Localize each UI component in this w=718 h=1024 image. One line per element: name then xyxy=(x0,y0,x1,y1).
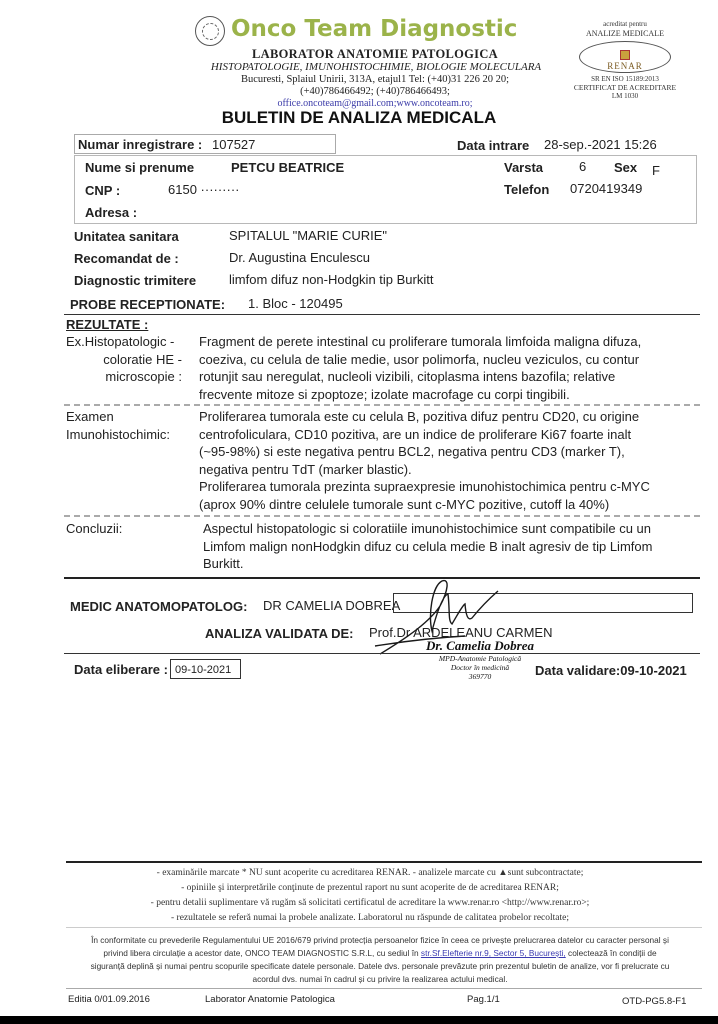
divider xyxy=(66,988,702,989)
department: Laborator Anatomie Patologica xyxy=(205,994,335,1005)
accreditation-line1: acreditat pentru xyxy=(565,20,685,28)
brand-name: Onco Team Diagnostic xyxy=(231,16,517,42)
patient-name-label: Nume si prenume xyxy=(85,160,194,175)
patient-name-value: PETCU BEATRICE xyxy=(231,160,344,175)
ihc-label: Examen Imunohistochimic: xyxy=(66,408,170,443)
accreditation-line2: ANALIZE MEDICALE xyxy=(565,29,685,38)
release-date-value: 09-10-2021 xyxy=(170,659,241,679)
document-title: BULETIN DE ANALIZA MEDICALA xyxy=(0,108,718,128)
unit-value: SPITALUL "MARIE CURIE" xyxy=(229,228,387,243)
validated-label: ANALIZA VALIDATA DE: xyxy=(205,626,354,641)
divider xyxy=(66,927,702,928)
address-line-2: (+40)786466492; (+40)786466493; xyxy=(195,86,555,98)
accreditation-standard: SR EN ISO 15189:2013 xyxy=(565,75,685,83)
entry-date-value: 28-sep.-2021 15:26 xyxy=(544,137,657,152)
pathologist-label: MEDIC ANATOMOPATOLOG: xyxy=(70,599,247,614)
address-label: Adresa : xyxy=(85,205,137,220)
dashed-divider xyxy=(64,515,700,517)
divider xyxy=(66,861,702,863)
dashed-divider xyxy=(64,404,700,406)
histopathology-label: Ex.Histopatologic - coloratie HE - micro… xyxy=(66,333,182,386)
release-date-label: Data eliberare : xyxy=(74,662,168,677)
conclusion-label: Concluzii: xyxy=(66,520,122,538)
accreditation-certificate: CERTIFICAT DE ACREDITARE xyxy=(565,83,685,92)
divider xyxy=(64,653,700,654)
address-link[interactable]: str.Sf.Elefterie nr.9, Sector 5, Bucureș… xyxy=(421,948,566,958)
cnp-label: CNP : xyxy=(85,183,120,198)
lab-address: Bucuresti, Splaiul Unirii, 313A, etajul1… xyxy=(195,74,555,98)
samples-label: PROBE RECEPTIONATE: xyxy=(70,297,225,312)
lab-logo-icon xyxy=(195,16,225,46)
form-code: OTD-PG5.8-F1 xyxy=(622,996,686,1007)
renar-accreditation-badge: acreditat pentru ANALIZE MEDICALE RENAR … xyxy=(565,20,685,102)
lab-header: Onco Team Diagnostic LABORATOR ANATOMIE … xyxy=(195,14,555,106)
renar-name: RENAR xyxy=(580,61,670,71)
entry-date-label: Data intrare xyxy=(457,138,529,153)
validation-date: Data validare:09-10-2021 xyxy=(535,663,687,678)
accreditation-code: LM 1030 xyxy=(565,92,685,100)
recommended-label: Recomandat de : xyxy=(74,251,179,266)
histopathology-text: Fragment de perete intestinal cu prolife… xyxy=(199,333,699,403)
cnp-value: 6150 ········· xyxy=(168,182,240,197)
edition: Editia 0/01.09.2016 xyxy=(68,994,150,1005)
lab-name: LABORATOR ANATOMIE PATOLOGICA xyxy=(195,47,555,62)
phone-value: 0720419349 xyxy=(570,181,642,196)
accreditation-notes: - examinările marcate * NU sunt acoperit… xyxy=(70,866,670,926)
age-value: 6 xyxy=(579,159,586,174)
age-label: Varsta xyxy=(504,160,543,175)
coat-of-arms-icon xyxy=(620,50,630,60)
page-number: Pag.1/1 xyxy=(467,994,500,1005)
samples-value: 1. Bloc - 120495 xyxy=(248,296,343,311)
registration-label: Numar inregistrare : xyxy=(78,137,202,152)
ihc-text: Proliferarea tumorala este cu celula B, … xyxy=(199,408,699,513)
sex-label: Sex xyxy=(614,160,637,175)
conclusion-text: Aspectul histopatologic si coloratiile i… xyxy=(203,520,703,573)
doctor-stamp: Dr. Camelia Dobrea MPD-Anatomie Patologi… xyxy=(405,638,555,681)
sex-value: F xyxy=(652,163,660,178)
diagnosis-label: Diagnostic trimitere xyxy=(74,273,196,288)
unit-label: Unitatea sanitara xyxy=(74,229,179,244)
recommended-value: Dr. Augustina Enculescu xyxy=(229,250,370,265)
gdpr-notice: În conformitate cu prevederile Regulamen… xyxy=(90,934,670,986)
address-line-1: Bucuresti, Splaiul Unirii, 313A, etajul1… xyxy=(195,74,555,86)
phone-label: Telefon xyxy=(504,182,549,197)
results-heading: REZULTATE : xyxy=(66,317,148,332)
renar-logo-icon: RENAR xyxy=(579,41,671,73)
registration-number: 107527 xyxy=(212,137,255,152)
lab-specialties: HISTOPATOLOGIE, IMUNOHISTOCHIMIE, BIOLOG… xyxy=(181,61,571,73)
diagnosis-value: limfom difuz non-Hodgkin tip Burkitt xyxy=(229,272,433,287)
divider xyxy=(64,314,700,315)
report-page: Onco Team Diagnostic LABORATOR ANATOMIE … xyxy=(0,0,718,1016)
